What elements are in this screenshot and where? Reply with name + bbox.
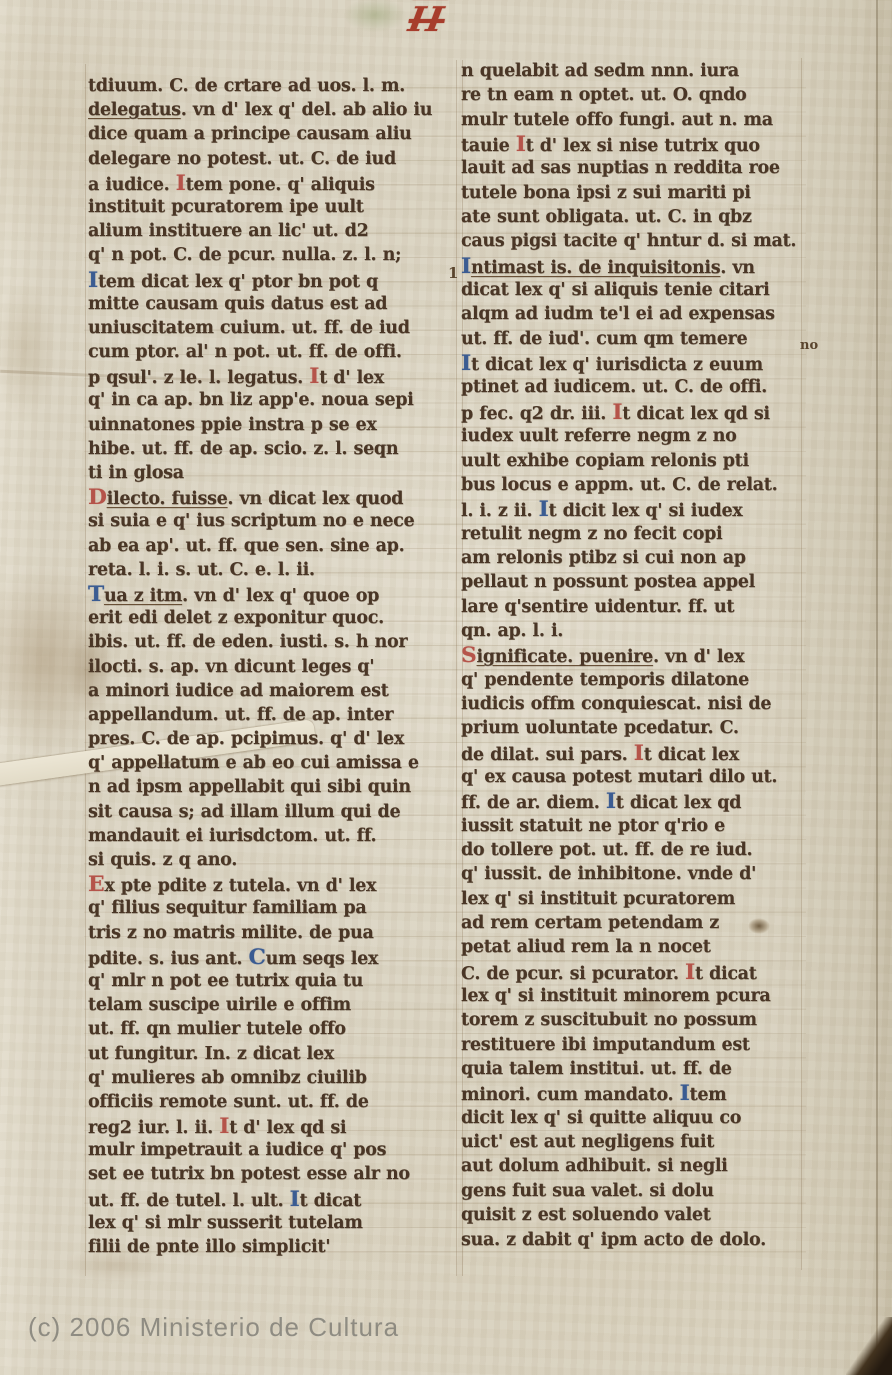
blue-initial: I [88, 267, 98, 293]
rubric-underline: ntimast is. de inquisitonis [471, 258, 720, 278]
text-line: ate sunt obligata. ut. C. in qbz [461, 205, 806, 229]
text-line: pellaut n possunt postea appel [461, 570, 806, 594]
text-line: ff. de ar. diem. It dicat lex qd [461, 789, 806, 813]
text-line: uult exhibe copiam relonis pti [461, 449, 806, 473]
marginal-note: no [800, 338, 818, 353]
text-line: uict' est aut negligens fuit [461, 1130, 806, 1154]
text-line: ut. ff. qn mulier tutele offo [88, 1017, 458, 1041]
text-line: q' iussit. de inhibitone. vnde d' [461, 862, 806, 886]
text-line: prium uoluntate pcedatur. C. [461, 716, 806, 740]
parchment-stain [0, 250, 70, 450]
text-line: q' mulieres ab omnibz ciuilib [88, 1066, 458, 1090]
text-line: ab ea ap'. ut. ff. que sen. sine ap. [88, 534, 458, 558]
text-line: restituere ibi imputandum est [461, 1033, 806, 1057]
text-line: sua. z dabit q' ipm acto de dolo. [461, 1228, 806, 1252]
text-line: cum ptor. al' n pot. ut. ff. de offi. [88, 340, 458, 364]
text-line: a iudice. Item pone. q' aliquis [88, 171, 458, 195]
text-line: l. i. z ii. It dicit lex q' si iudex [461, 497, 806, 521]
text-line: tdiuum. C. de crtare ad uos. l. m. [88, 74, 458, 98]
red-initial: E [88, 871, 104, 897]
text-line: C. de pcur. si pcurator. It dicat [461, 960, 806, 984]
quire-mark: II [404, 0, 493, 50]
red-initial: I [634, 740, 644, 766]
text-line: q' in ca ap. bn liz app'e. noua sepi [88, 388, 458, 412]
text-line: tutele bona ipsi z sui mariti pi [461, 181, 806, 205]
marginal-note: 1 [448, 264, 458, 282]
text-line: do tollere pot. ut. ff. de re iud. [461, 838, 806, 862]
text-line: uinnatones ppie instra p se ex [88, 413, 458, 437]
text-line: officiis remote sunt. ut. ff. de [88, 1090, 458, 1114]
copyright-watermark: (c) 2006 Ministerio de Cultura [28, 1312, 399, 1343]
text-line: caus pigsi tacite q' hntur d. si mat. [461, 229, 806, 253]
rubric-underline: ignificate. puenire [477, 647, 653, 667]
text-line: dicat lex q' si aliquis tenie citari [461, 278, 806, 302]
text-line: ilocti. s. ap. vn dicunt leges q' [88, 655, 458, 679]
text-line: telam suscipe uirile e offim [88, 993, 458, 1017]
text-line: filii de pnte illo simplicit' [88, 1235, 458, 1259]
text-line: alium instituere an lic' ut. d2 [88, 219, 458, 243]
text-line: iussit statuit ne ptor q'rio e [461, 814, 806, 838]
rubric-underline: delegatus [88, 100, 181, 120]
text-line: lare q'sentire uidentur. ff. ut [461, 595, 806, 619]
text-line: Dilecto. fuisse. vn dicat lex quod [88, 485, 458, 509]
text-line: lex q' si mlr susserit tutelam [88, 1211, 458, 1235]
text-line: p fec. q2 dr. iii. It dicat lex qd si [461, 400, 806, 424]
text-line: bus locus e appm. ut. C. de relat. [461, 473, 806, 497]
text-column-right: n quelabit ad sedm nnn. iurare tn eam n … [461, 59, 806, 1252]
text-line: ibis. ut. ff. de eden. iusti. s. h nor [88, 630, 458, 654]
text-line: n quelabit ad sedm nnn. iura [461, 59, 806, 83]
text-line: delegatus. vn d' lex q' del. ab alio iu [88, 98, 458, 122]
text-line: gens fuit sua valet. si dolu [461, 1179, 806, 1203]
column-ruling-left [85, 64, 86, 1276]
blue-initial: C [249, 944, 266, 970]
text-line: Ex pte pdite z tutela. vn d' lex [88, 872, 458, 896]
text-line: Item dicat lex q' ptor bn pot q [88, 268, 458, 292]
text-line: mitte causam quis datus est ad [88, 292, 458, 316]
text-line: aut dolum adhibuit. si negli [461, 1154, 806, 1178]
text-line: ad rem certam petendam z [461, 911, 806, 935]
text-line: ti in glosa [88, 461, 458, 485]
text-line: minori. cum mandato. Item [461, 1081, 806, 1105]
text-line: pdite. s. ius ant. Cum seqs lex [88, 945, 458, 969]
text-line: tris z no matris milite. de pua [88, 921, 458, 945]
red-initial: I [219, 1113, 229, 1139]
red-initial: D [88, 484, 107, 510]
text-line: lauit ad sas nuptias n reddita roe [461, 156, 806, 180]
rubric-underline: ua z itm [104, 586, 182, 606]
text-line: appellandum. ut. ff. de ap. inter [88, 703, 458, 727]
text-line: re tn eam n optet. ut. O. qndo [461, 83, 806, 107]
text-line: iudex uult referre negm z no [461, 424, 806, 448]
text-line: Intimast is. de inquisitonis. vn [461, 254, 806, 278]
blue-initial: I [539, 496, 549, 522]
blue-initial: I [606, 788, 616, 814]
red-initial: I [685, 959, 695, 985]
text-line: hibe. ut. ff. de ap. scio. z. l. seqn [88, 437, 458, 461]
manuscript-page: II tdiuum. C. de crtare ad uos. l. m.del… [0, 0, 892, 1375]
blue-initial: T [88, 581, 104, 607]
text-line: lex q' si instituit pcuratorem [461, 887, 806, 911]
red-initial: S [461, 642, 477, 668]
text-line: torem z suscitubuit no possum [461, 1008, 806, 1032]
text-line: ut fungitur. In. z dicat lex [88, 1042, 458, 1066]
page-edge [876, 0, 878, 1375]
text-line: q' mlr n pot ee tutrix quia tu [88, 969, 458, 993]
text-line: instituit pcuratorem ipe uult [88, 195, 458, 219]
text-line: q' n pot. C. de pcur. nulla. z. l. n; [88, 243, 458, 267]
text-line: q' ex causa potest mutari dilo ut. [461, 765, 806, 789]
text-line: q' filius sequitur familiam pa [88, 896, 458, 920]
text-line: q' pendente temporis dilatone [461, 668, 806, 692]
text-line: dice quam a principe causam aliu [88, 122, 458, 146]
blue-initial: I [680, 1080, 690, 1106]
text-line: sit causa s; ad illam illum qui de [88, 800, 458, 824]
blue-initial: I [461, 350, 471, 376]
text-line: It dicat lex q' iurisdicta z euum [461, 351, 806, 375]
text-line: de dilat. sui pars. It dicat lex [461, 741, 806, 765]
text-line: delegare no potest. ut. C. de iud [88, 147, 458, 171]
text-line: ptinet ad iudicem. ut. C. de offi. [461, 375, 806, 399]
text-line: retulit negm z no fecit copi [461, 522, 806, 546]
text-line: Significate. puenire. vn d' lex [461, 643, 806, 667]
text-line: uniuscitatem cuium. ut. ff. de iud [88, 316, 458, 340]
text-line: ut. ff. de iud'. cum qm temere [461, 327, 806, 351]
text-line: si suia e q' ius scriptum no e nece [88, 509, 458, 533]
red-initial: I [309, 363, 319, 389]
text-line: iudicis offm conquiescat. nisi de [461, 692, 806, 716]
text-line: qn. ap. l. i. [461, 619, 806, 643]
text-line: reg2 iur. l. ii. It d' lex qd si [88, 1114, 458, 1138]
blue-initial: I [461, 253, 471, 279]
book-corner-shadow [846, 1317, 892, 1375]
text-line: mulr tutele offo fungi. aut n. ma [461, 108, 806, 132]
text-line: a minori iudice ad maiorem est [88, 679, 458, 703]
text-line: tauie It d' lex si nise tutrix quo [461, 132, 806, 156]
text-line: mandauit ei iurisdctom. ut. ff. [88, 824, 458, 848]
text-line: alqm ad iudm te'l ei ad expensas [461, 302, 806, 326]
red-initial: I [612, 399, 622, 425]
text-line: Tua z itm. vn d' lex q' quoe op [88, 582, 458, 606]
text-line: set ee tutrix bn potest esse alr no [88, 1162, 458, 1186]
text-line: petat aliud rem la n nocet [461, 935, 806, 959]
text-line: si quis. z q ano. [88, 848, 458, 872]
text-line: quisit z est soluendo valet [461, 1203, 806, 1227]
text-line: n ad ipsm appellabit qui sibi quin [88, 775, 458, 799]
text-line: ut. ff. de tutel. l. ult. It dicat [88, 1187, 458, 1211]
text-line: dicit lex q' si quitte aliquu co [461, 1106, 806, 1130]
text-line: p qsul'. z le. l. legatus. It d' lex [88, 364, 458, 388]
red-initial: I [516, 131, 526, 157]
text-line: mulr impetrauit a iudice q' pos [88, 1138, 458, 1162]
text-line: quia talem institui. ut. ff. de [461, 1057, 806, 1081]
text-line: reta. l. i. s. ut. C. e. l. ii. [88, 558, 458, 582]
text-line: am relonis ptibz si cui non ap [461, 546, 806, 570]
text-line: erit edi delet z exponitur quoc. [88, 606, 458, 630]
text-line: lex q' si instituit minorem pcura [461, 984, 806, 1008]
rubric-underline: ilecto. fuisse [107, 489, 228, 509]
blue-initial: I [290, 1186, 300, 1212]
text-line: pres. C. de ap. pcipimus. q' d' lex [88, 727, 458, 751]
red-initial: I [176, 170, 186, 196]
text-column-left: tdiuum. C. de crtare ad uos. l. m.delega… [88, 74, 458, 1259]
text-line: q' appellatum e ab eo cui amissa e [88, 751, 458, 775]
